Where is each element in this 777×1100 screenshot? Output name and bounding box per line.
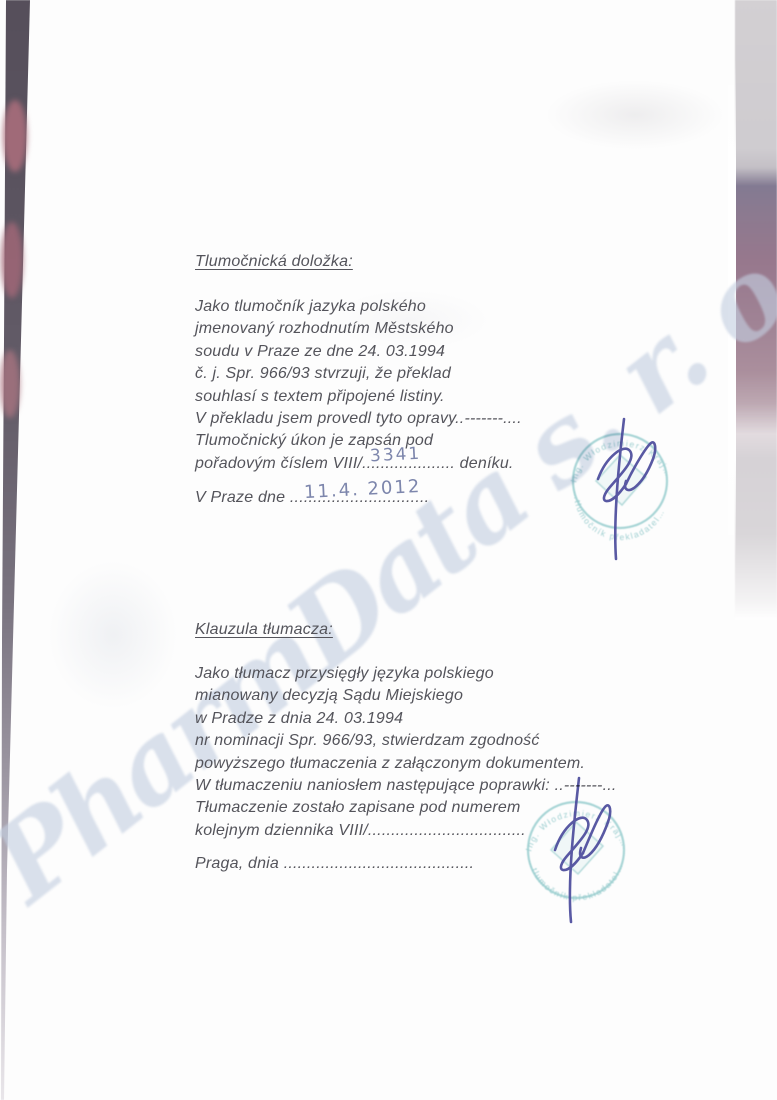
heading-tlumocnicka-dolozka: Tlumočnická doložka:	[195, 253, 353, 271]
register-number-line: pořadovým číslem VIII/..................…	[195, 453, 522, 475]
paragraph-line: w Pradze z dnia 24. 03.1994	[195, 708, 617, 730]
paragraph-line: č. j. Spr. 966/93 stvrzuji, že překlad	[195, 363, 522, 385]
register-dotted-blank: ....................3341	[362, 453, 455, 475]
handwritten-register-number: 3341	[370, 443, 422, 468]
dotted-line: ..................................	[368, 822, 526, 839]
paragraph-line: soudu v Praze ze dne 24. 03.1994	[195, 341, 522, 363]
register-line-prefix: kolejnym dziennika VIII/	[195, 822, 368, 839]
scanned-document-page: PharmData s. r. o. Tlumočnická doložka: …	[0, 0, 777, 1100]
stamp-ring-group: Ing. Włodzimierz Kraj… …tlumočník překla…	[523, 802, 630, 903]
scan-edge-reflection	[1, 222, 23, 298]
paragraph-czech-clause: Jako tlumočník jazyka polského jmenovaný…	[195, 296, 522, 475]
date-line-praga-pl: Praga, dnia ............................…	[195, 855, 474, 873]
dotted-line: ........................................…	[284, 855, 474, 872]
paragraph-line: jmenovaný rozhodnutím Městského	[195, 318, 522, 340]
paragraph-line: mianowany decyzją Sądu Miejskiego	[195, 685, 617, 707]
paragraph-line: souhlasí s textem připojené listiny.	[195, 386, 522, 408]
date-line-prague-cz: V Praze dne ............................…	[195, 489, 429, 507]
date-label: V Praze dne	[195, 489, 290, 506]
scan-edge-reflection	[3, 100, 27, 172]
paragraph-line: Tlumočnický úkon je zapsán pod	[195, 430, 522, 452]
scan-edge-reflection	[0, 350, 20, 418]
scan-smudge	[48, 560, 178, 710]
notary-stamp-lower: Ing. Włodzimierz Kraj… …tlumočník překla…	[515, 770, 645, 935]
scan-smudge	[545, 80, 725, 150]
scan-right-edge-background	[735, 0, 777, 620]
paragraph-line: Jako tłumacz przysięgły języka polskiego	[195, 663, 617, 685]
heading-klauzula-tlumacza: Klauzula tłumacza:	[195, 621, 333, 639]
date-label: Praga, dnia	[195, 855, 284, 872]
paragraph-line: Jako tlumočník jazyka polského	[195, 296, 522, 318]
register-line-prefix: pořadovým číslem VIII/	[195, 455, 362, 472]
register-line-suffix: deníku.	[455, 455, 514, 472]
scan-page-edge-highlight	[728, 60, 736, 560]
date-dotted-blank: ..............................11.4. 2012	[290, 489, 429, 507]
notary-stamp-upper: Ing. Włodzimierz Kraj… …tlumočník překla…	[558, 415, 688, 570]
paragraph-line: V překladu jsem provedl tyto opravy..---…	[195, 408, 522, 430]
paragraph-line: nr nominacji Spr. 966/93, stwierdzam zgo…	[195, 730, 617, 752]
